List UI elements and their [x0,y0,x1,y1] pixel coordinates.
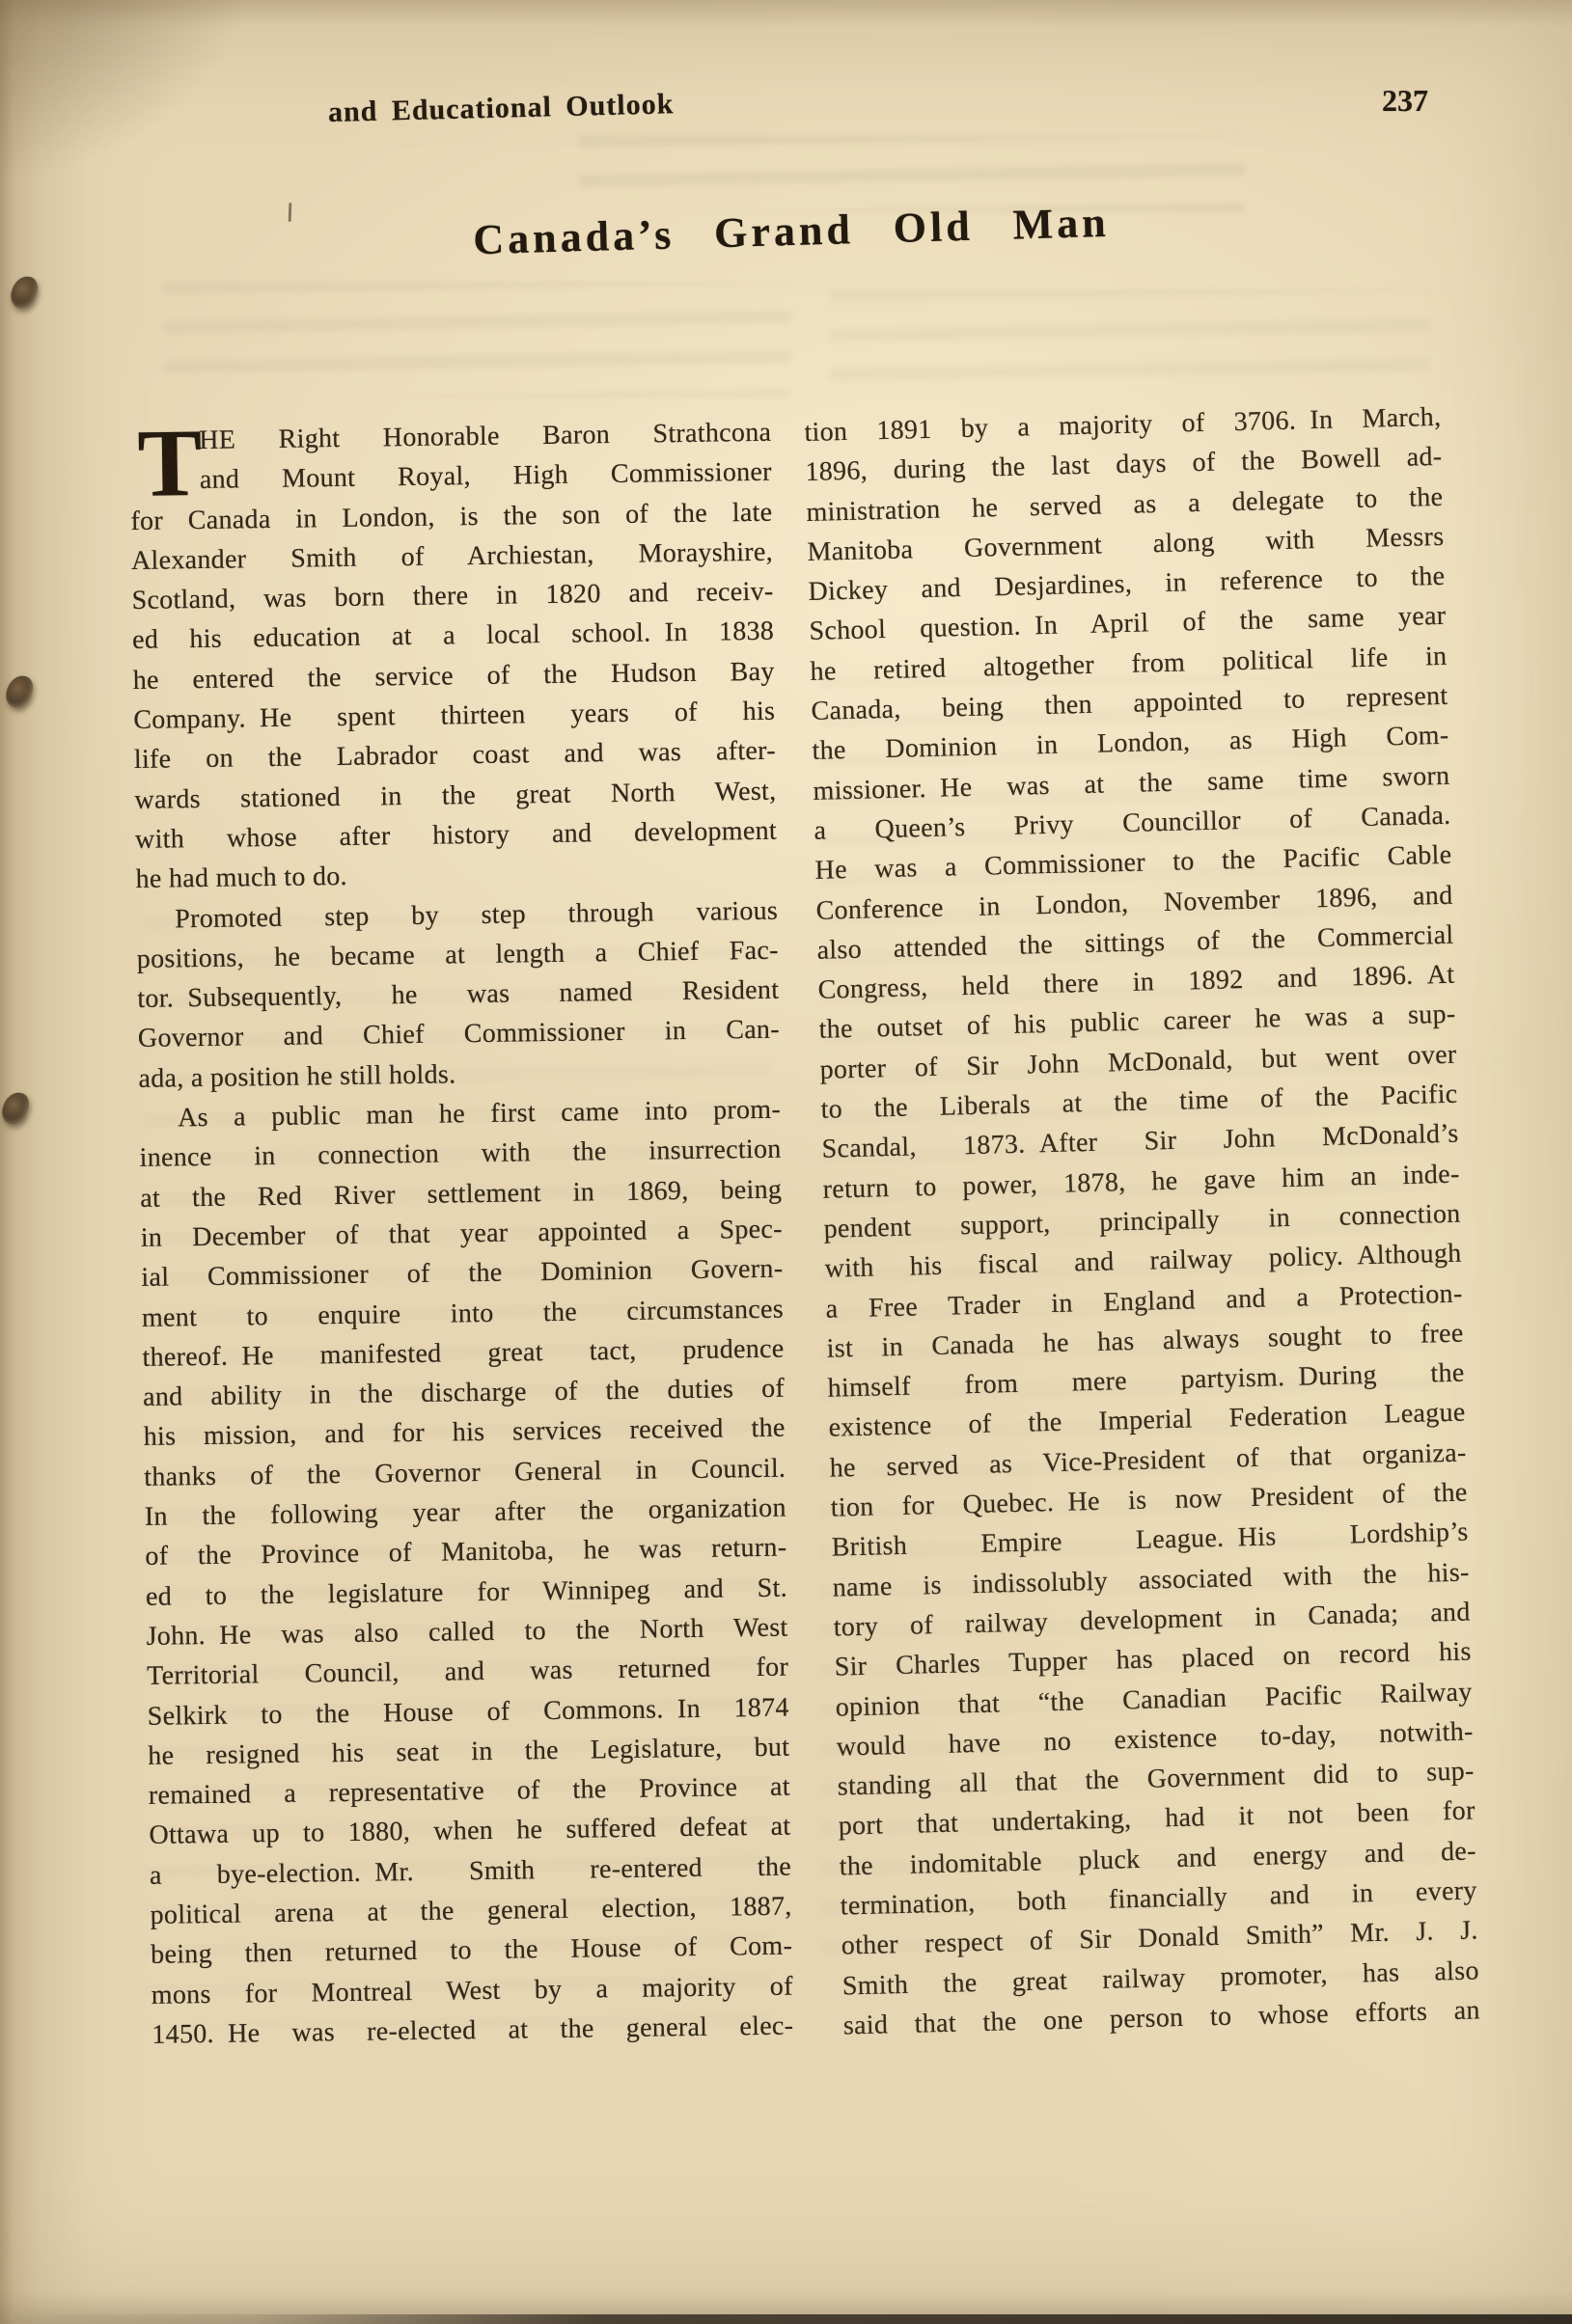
page-number: 237 [1382,83,1428,119]
article-title: Canada’s Grand Old Man [308,193,1274,269]
show-through-smudge [830,289,1428,396]
text-line: 1450. He was re-elected at the general e… [152,2006,794,2055]
binding-mark [8,273,40,311]
left-column: HE Right Honorable Baron Strathconaand M… [129,413,794,2055]
running-header: and Educational Outlook [328,88,675,129]
ink-tick-mark [289,203,292,222]
scanned-magazine-page: and Educational Outlook 237 Canada’s Gra… [0,0,1572,2324]
page-bottom-edge-shadow [0,2314,1572,2324]
show-through-smudge [164,282,791,397]
right-column: tion 1891 by a majority of 3706. In Marc… [804,397,1480,2046]
binding-mark [0,1089,32,1127]
binding-mark [3,672,35,710]
